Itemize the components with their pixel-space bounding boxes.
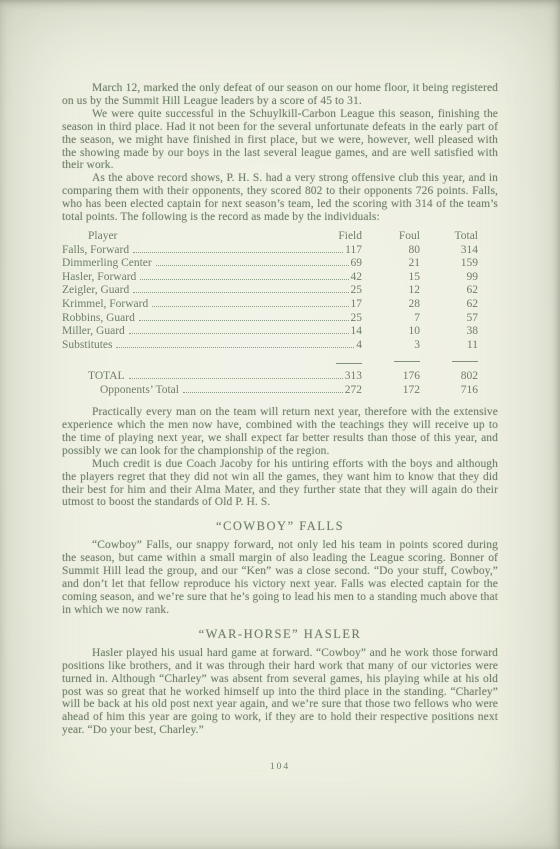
total-points-value: 62: [420, 284, 478, 298]
paragraph-league-season: We were quite successful in the Schuylki…: [62, 108, 498, 173]
team-total-foul: 176: [362, 370, 420, 384]
table-header-row: Player Field Foul Total: [62, 230, 498, 244]
sum-rule-foul: [394, 361, 420, 362]
table-row: Falls, Forward 117 80 314: [62, 244, 498, 258]
dot-leader: [156, 265, 349, 266]
total-points-value: 159: [420, 257, 478, 271]
team-total-total: 802: [420, 370, 478, 384]
opponents-total-field: 272: [345, 384, 362, 398]
column-header-field: Field: [338, 230, 362, 244]
player-name: Miller, Guard: [62, 325, 125, 339]
player-name: Dimmerling Center: [62, 257, 152, 271]
column-header-player: Player: [62, 230, 117, 244]
team-total-field: 313: [345, 370, 362, 384]
foul-goals-value: 12: [362, 284, 420, 298]
player-name: Substitutes: [62, 339, 112, 353]
dot-leader: [116, 347, 354, 348]
dot-leader: [140, 279, 348, 280]
team-total-row: TOTAL 313 176 802: [62, 370, 498, 384]
paragraph-next-year-outlook: Practically every man on the team will r…: [62, 406, 498, 458]
total-points-value: 62: [420, 298, 478, 312]
foul-goals-value: 3: [362, 339, 420, 353]
field-goals-value: 42: [351, 271, 363, 285]
total-points-value: 38: [420, 325, 478, 339]
total-points-value: 57: [420, 312, 478, 326]
yearbook-page: March 12, marked the only defeat of our …: [0, 0, 560, 849]
player-name: Krimmel, Forward: [62, 298, 148, 312]
player-profile-sections: “COWBOY” FALLS “Cowboy” Falls, our snapp…: [62, 519, 498, 737]
paragraph-march-defeat: March 12, marked the only defeat of our …: [62, 82, 498, 108]
field-goals-value: 17: [351, 298, 363, 312]
dot-leader: [133, 292, 348, 293]
dot-leader: [183, 392, 343, 393]
total-points-value: 11: [420, 339, 478, 353]
field-goals-value: 25: [351, 284, 363, 298]
table-row: Krimmel, Forward 17 28 62: [62, 298, 498, 312]
section-heading: “COWBOY” FALLS: [62, 519, 498, 534]
total-points-value: 314: [420, 244, 478, 258]
dot-leader: [152, 306, 348, 307]
player-name: Zeigler, Guard: [62, 284, 129, 298]
team-total-label: TOTAL: [62, 370, 125, 384]
page-number: 104: [0, 762, 560, 772]
foul-goals-value: 28: [362, 298, 420, 312]
foul-goals-value: 7: [362, 312, 420, 326]
field-goals-value: 69: [351, 257, 363, 271]
table-row: Hasler, Forward 42 15 99: [62, 271, 498, 285]
table-row: Dimmerling Center 69 21 159: [62, 257, 498, 271]
section-heading: “WAR-HORSE” HASLER: [62, 627, 498, 642]
sum-rule-total: [452, 361, 478, 362]
player-name: Falls, Forward: [62, 244, 129, 258]
foul-goals-value: 21: [362, 257, 420, 271]
dot-leader: [129, 333, 349, 334]
player-name: Robbins, Guard: [62, 312, 135, 326]
sum-rule-field: [336, 363, 362, 364]
section-paragraph: Hasler played his usual hard game at for…: [62, 647, 498, 737]
table-row: Robbins, Guard 25 7 57: [62, 312, 498, 326]
total-points-value: 99: [420, 271, 478, 285]
table-row: Miller, Guard 14 10 38: [62, 325, 498, 339]
opponents-total-label: Opponents’ Total: [62, 384, 179, 398]
foul-goals-value: 10: [362, 325, 420, 339]
opponents-total-row: Opponents’ Total 272 172 716: [62, 384, 498, 398]
table-row: Substitutes 4 3 11: [62, 339, 498, 353]
foul-goals-value: 80: [362, 244, 420, 258]
column-header-total: Total: [420, 230, 478, 244]
foul-goals-value: 15: [362, 271, 420, 285]
table-row: Zeigler, Guard 25 12 62: [62, 284, 498, 298]
column-header-foul: Foul: [362, 230, 420, 244]
individual-scoring-table: Player Field Foul Total Falls, Forward 1…: [62, 230, 498, 397]
field-goals-value: 14: [351, 325, 363, 339]
section-paragraph: “Cowboy” Falls, our snappy forward, not …: [62, 539, 498, 616]
field-goals-value: 25: [351, 312, 363, 326]
table-body: Falls, Forward 117 80 314 Dimmerling Cen…: [62, 244, 498, 353]
opponents-total-total: 716: [420, 384, 478, 398]
paragraph-offensive-record: As the above record shows, P. H. S. had …: [62, 172, 498, 224]
field-goals-value: 117: [345, 244, 362, 258]
sum-rule-row: [62, 355, 498, 369]
player-name: Hasler, Forward: [62, 271, 136, 285]
opponents-total-foul: 172: [362, 384, 420, 398]
dot-leader: [133, 252, 343, 253]
dot-leader: [129, 378, 343, 379]
dot-leader: [139, 320, 349, 321]
page-content: March 12, marked the only defeat of our …: [62, 82, 498, 737]
paragraph-coach-credit: Much credit is due Coach Jacoby for his …: [62, 458, 498, 510]
